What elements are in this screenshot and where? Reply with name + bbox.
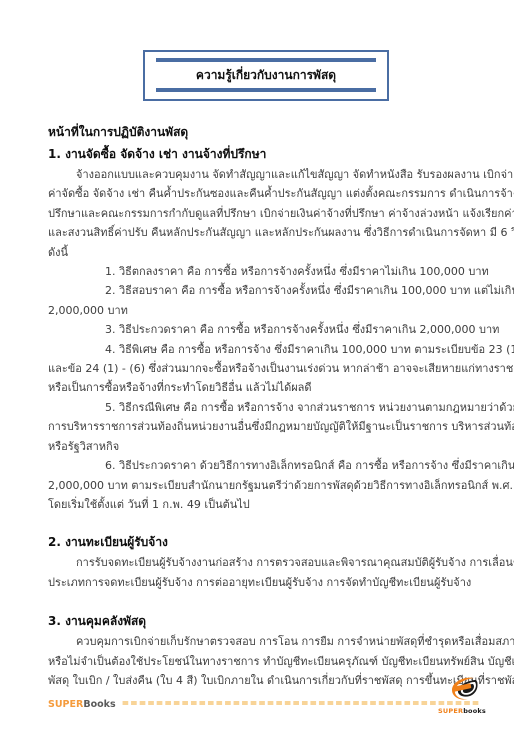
text-line: หรือรัฐวิสาหกิจ [48, 437, 472, 456]
text-line: หรือไม่จำเป็นต้องใช้ประโยชน์ในทางราชการ … [48, 652, 472, 671]
document-page: ความรู้เกี่ยวกับงานการพัสดุ หน้าที่ในการ… [0, 0, 514, 750]
section-inventory-control: 3. งานคุมคลังพัสดุ ควบคุมการเบิกจ่ายเก็บ… [48, 610, 472, 690]
title-box: ความรู้เกี่ยวกับงานการพัสดุ [143, 50, 389, 101]
text-line: ดังนี้ [48, 243, 472, 262]
section-3-heading: 3. งานคุมคลังพัสดุ [48, 610, 472, 632]
text-line: การบริหารราชการส่วนท้องถิ่นหน่วยงานอื่นซ… [48, 417, 472, 436]
page-footer: SUPERBooks =============================… [48, 698, 486, 710]
title-box-bottom-rule [156, 88, 376, 92]
footer-brand-super: SUPER [48, 699, 83, 710]
logo-text-books: books [463, 707, 486, 715]
text-line: ประเภทการจดทะเบียนผู้รับจ้าง การต่ออายุท… [48, 573, 472, 592]
text-line: ค่าจัดซื้อ จัดจ้าง เช่า คืนค้ำประกันซองแ… [48, 184, 472, 203]
text-line: หรือเป็นการซื้อหรือจ้างที่กระทำโดยวิธีอื… [48, 378, 472, 397]
text-line: ปรึกษาและคณะกรรมการกำกับดูแลที่ปรึกษา เบ… [48, 204, 472, 223]
section-procurement: 1. งานจัดซื้อ จัดจ้าง เช่า งานจ้างที่ปรึ… [48, 143, 472, 514]
text-line: ควบคุมการเบิกจ่ายเก็บรักษาตรวจสอบ การโอน… [48, 632, 472, 651]
section-contractor-registry: 2. งานทะเบียนผู้รับจ้าง การรับจดทะเบียนผ… [48, 531, 472, 592]
text-line: 4. วิธีพิเศษ คือ การซื้อ หรือการจ้าง ซึ่… [48, 340, 472, 359]
section-2-text: การรับจดทะเบียนผู้รับจ้างงานก่อสร้าง การ… [48, 553, 472, 592]
superbooks-logo: SUPERbooks [438, 676, 486, 715]
text-line: 2,000,000 บาท [48, 301, 472, 320]
text-line: จ้างออกแบบและควบคุมงาน จัดทำสัญญาและแก้ไ… [48, 165, 472, 184]
footer-divider: ========================================… [122, 698, 480, 710]
footer-brand: SUPERBooks [48, 699, 116, 710]
text-line: 1. วิธีตกลงราคา คือ การซื้อ หรือการจ้างค… [48, 262, 472, 281]
superbooks-logo-text: SUPERbooks [438, 707, 486, 715]
section-2-heading: 2. งานทะเบียนผู้รับจ้าง [48, 531, 472, 553]
page-title: ความรู้เกี่ยวกับงานการพัสดุ [156, 62, 376, 88]
section-3-text: ควบคุมการเบิกจ่ายเก็บรักษาตรวจสอบ การโอน… [48, 632, 472, 690]
logo-text-super: SUPER [438, 707, 463, 715]
text-line: และสงวนสิทธิ์ค่าปรับ คืนหลักประกันสัญญา … [48, 223, 472, 242]
text-line: การรับจดทะเบียนผู้รับจ้างงานก่อสร้าง การ… [48, 553, 472, 572]
text-line: 2. วิธีสอบราคา คือ การซื้อ หรือการจ้างคร… [48, 281, 472, 300]
text-line: 5. วิธีกรณีพิเศษ คือ การซื้อ หรือการจ้าง… [48, 398, 472, 417]
superbooks-logo-icon [444, 676, 480, 704]
intro-heading: หน้าที่ในการปฏิบัติงานพัสดุ [48, 122, 472, 143]
document-body: หน้าที่ในการปฏิบัติงานพัสดุ 1. งานจัดซื้… [48, 122, 472, 690]
section-1-heading: 1. งานจัดซื้อ จัดจ้าง เช่า งานจ้างที่ปรึ… [48, 143, 472, 165]
text-line: 6. วิธีประกวดราคา ด้วยวิธีการทางอิเล็กทร… [48, 456, 472, 475]
text-line: 2,000,000 บาท ตามระเบียบสำนักนายกรัฐมนตร… [48, 476, 472, 495]
text-line: 3. วิธีประกวดราคา คือ การซื้อ หรือการจ้า… [48, 320, 472, 339]
footer-brand-books: Books [83, 699, 115, 710]
text-line: พัสดุ ใบเบิก / ใบส่งคืน (ใบ 4 สี) ใบเบิก… [48, 671, 472, 690]
text-line: โดยเริ่มใช้ตั้งแต่ วันที่ 1 ก.พ. 49 เป็น… [48, 495, 472, 514]
section-1-text: จ้างออกแบบและควบคุมงาน จัดทำสัญญาและแก้ไ… [48, 165, 472, 514]
text-line: และข้อ 24 (1) - (6) ซึ่งส่วนมากจะซื้อหรื… [48, 359, 472, 378]
